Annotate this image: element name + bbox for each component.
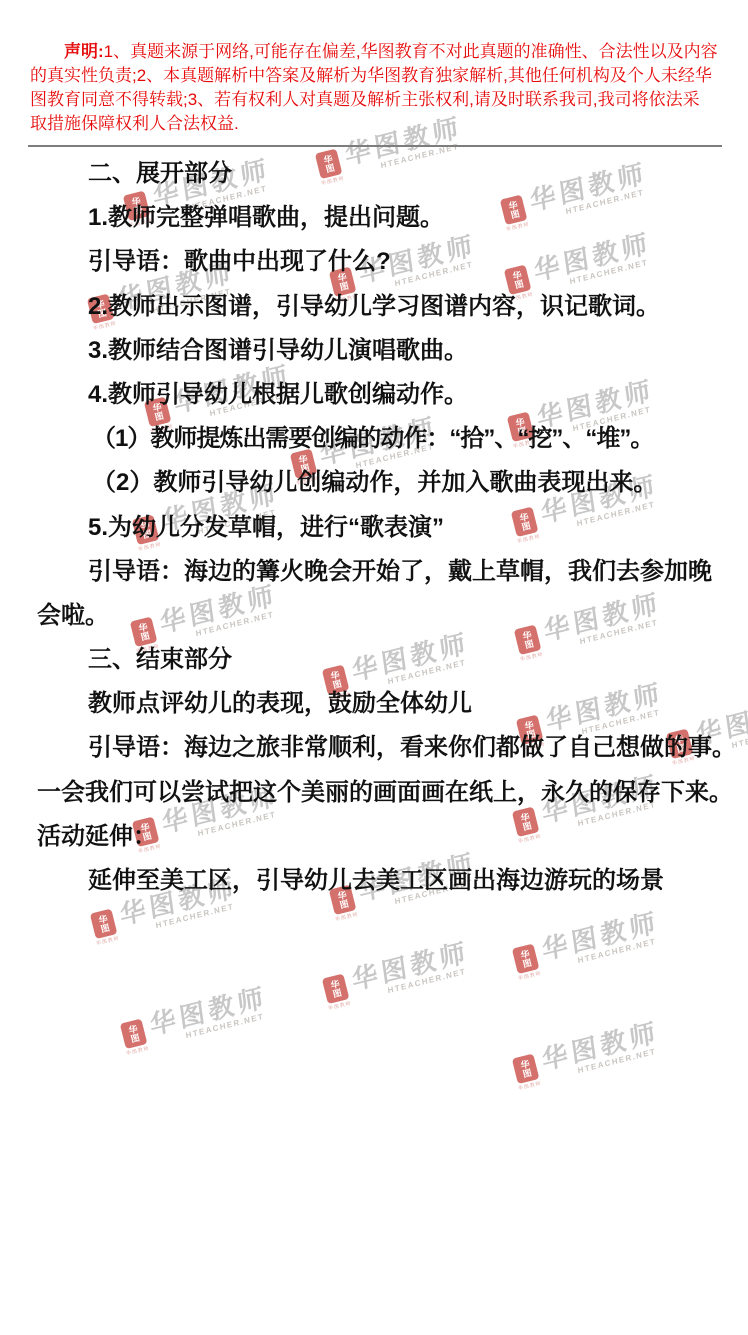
huatu-logo-icon: 华图 (512, 1053, 540, 1084)
huatu-logo-icon: 华图 (90, 908, 118, 939)
document-body: 二、展开部分 1.教师完整弹唱歌曲，提出问题。 引导语：歌曲中出现了什么? 2.… (37, 152, 742, 903)
watermark-domain-text: HTEACHER.NET (387, 965, 472, 995)
document-line: 一会我们可以尝试把这个美丽的画面画在纸上，永久的保存下来。 (37, 771, 742, 815)
document-line: 4.教师引导幼儿根据儿歌创编动作。 (37, 373, 742, 417)
disclaimer-line: 的真实性负责;2、本真题解析中答案及解析为华图教育独家解析,其他任何机构及个人未… (30, 64, 722, 88)
document-line: （1）教师提炼出需要创编的动作：“拾”、“挖”、“堆”。 (37, 417, 742, 461)
divider-line (28, 145, 722, 147)
watermark-logo-subtext: 华图教师 (517, 969, 542, 982)
document-line: 1.教师完整弹唱歌曲，提出问题。 (37, 196, 742, 240)
watermark-logo-subtext: 华图教师 (125, 1044, 150, 1057)
watermark: 华图华图教师华图教师HTEACHER.NET (98, 908, 248, 951)
watermark-logo-subtext: 华图教师 (517, 1079, 542, 1092)
watermark: 华图华图教师华图教师HTEACHER.NET (520, 943, 670, 986)
disclaimer-line: 图教育同意不得转载;3、若有权利人对真题及解析主张权利,请及时联系我司,我司将依… (30, 88, 722, 112)
watermark-domain-text: HTEACHER.NET (577, 935, 662, 965)
section-heading: 二、展开部分 (37, 152, 742, 196)
watermark-logo-subtext: 华图教师 (334, 910, 359, 923)
disclaimer-line: 取措施保障权利人合法权益. (30, 112, 722, 136)
document-line: 会啦。 (37, 594, 742, 638)
document-line: 引导语：歌曲中出现了什么? (37, 240, 742, 284)
watermark: 华图华图教师华图教师HTEACHER.NET (330, 973, 480, 1016)
document-line: 2.教师出示图谱，引导幼儿学习图谱内容，识记歌词。 (37, 285, 742, 329)
disclaimer-label: 声明: (64, 42, 104, 61)
document-line: 教师点评幼儿的表现，鼓励全体幼儿 (37, 682, 742, 726)
watermark: 华图华图教师华图教师HTEACHER.NET (128, 1018, 278, 1061)
watermark: 华图华图教师华图教师HTEACHER.NET (520, 1053, 670, 1096)
document-line: 延伸至美工区，引导幼儿去美工区画出海边游玩的场景 (37, 859, 742, 903)
watermark-brand-text: 华图教师 (349, 932, 471, 998)
document-line: 5.为幼儿分发草帽，进行“歌表演” (37, 506, 742, 550)
watermark-domain-text: HTEACHER.NET (155, 900, 240, 930)
disclaimer-block: 声明:1、真题来源于网络,可能存在偏差,华图教育不对此真题的准确性、合法性以及内… (30, 40, 722, 136)
section-heading: 三、结束部分 (37, 638, 742, 682)
watermark-domain-text: HTEACHER.NET (185, 1010, 270, 1040)
section-heading: 活动延伸： (37, 815, 742, 859)
document-line: 引导语：海边之旅非常顺利，看来你们都做了自己想做的事。 (37, 726, 742, 770)
watermark-logo-subtext: 华图教师 (327, 999, 352, 1012)
watermark-brand-text: 华图教师 (147, 977, 269, 1043)
document-line: 3.教师结合图谱引导幼儿演唱歌曲。 (37, 329, 742, 373)
huatu-logo-icon: 华图 (120, 1018, 148, 1049)
document-line: （2）教师引导幼儿创编动作，并加入歌曲表现出来。 (37, 461, 742, 505)
huatu-logo-icon: 华图 (322, 973, 350, 1004)
disclaimer-line: 声明:1、真题来源于网络,可能存在偏差,华图教育不对此真题的准确性、合法性以及内… (30, 40, 722, 64)
document-page: 华图华图教师华图教师HTEACHER.NET华图华图教师华图教师HTEACHER… (0, 0, 748, 1335)
document-line: 引导语：海边的篝火晚会开始了，戴上草帽，我们去参加晚 (37, 550, 742, 594)
watermark-logo-subtext: 华图教师 (95, 934, 120, 947)
watermark-brand-text: 华图教师 (539, 1012, 661, 1078)
watermark-brand-text: 华图教师 (539, 902, 661, 968)
huatu-logo-icon: 华图 (512, 943, 540, 974)
watermark-domain-text: HTEACHER.NET (577, 1045, 662, 1075)
disclaimer-text: 1、真题来源于网络,可能存在偏差,华图教育不对此真题的准确性、合法性以及内容 (104, 42, 718, 61)
